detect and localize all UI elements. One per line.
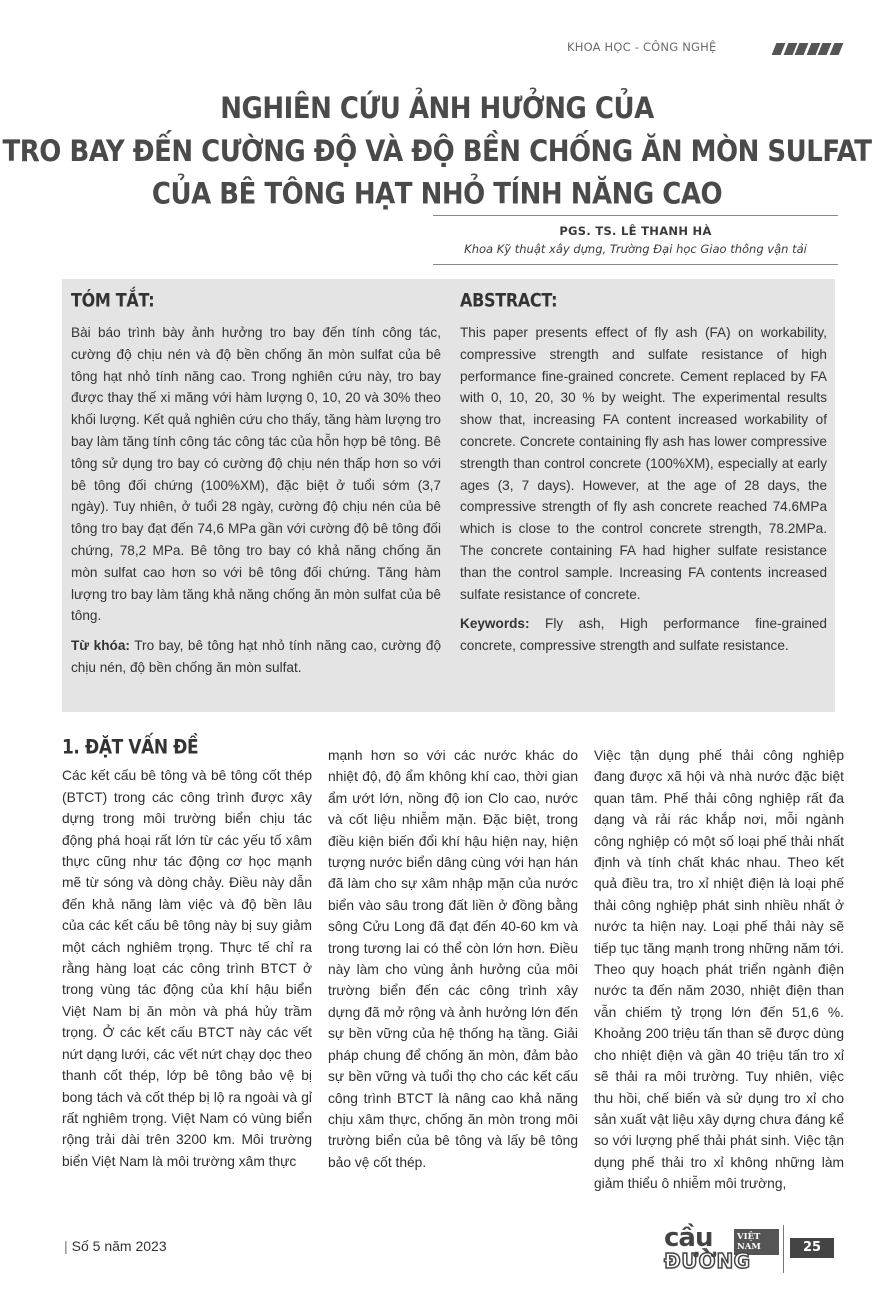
abstract-en-heading: ABSTRACT: [460,289,827,311]
paragraph: Việc tận dụng phế thải công nghiệp đang … [594,745,844,1195]
abstract-vn: TÓM TẮT: Bài báo trình bày ảnh hưởng tro… [71,289,441,679]
abstract-box: TÓM TẮT: Bài báo trình bày ảnh hưởng tro… [62,279,835,712]
abstract-en: ABSTRACT: This paper presents effect of … [460,289,827,657]
title-line-2: TRO BAY ĐẾN CƯỜNG ĐỘ VÀ ĐỘ BỀN CHỐNG ĂN … [0,131,874,174]
issue-text: Số 5 năm 2023 [72,1238,167,1254]
keywords-label: Từ khóa: [71,638,130,653]
keywords-label: Keywords: [460,616,530,631]
section-heading: 1. ĐẶT VẤN ĐỀ [62,736,312,761]
magazine-logo: cầu VIỆT NAM ĐƯỜNG [664,1225,779,1273]
logo-top-text: cầu [664,1225,712,1251]
body-column-2: mạnh hơn so với các nước khác do nhiệt đ… [328,745,578,1173]
paragraph: mạnh hơn so với các nước khác do nhiệt đ… [328,745,578,1173]
author-rule-bottom [433,264,838,265]
article-title: NGHIÊN CỨU ẢNH HƯỞNG CỦA TRO BAY ĐẾN CƯỜ… [0,88,874,216]
abstract-en-body: This paper presents effect of fly ash (F… [460,322,827,605]
footer-divider [783,1225,784,1273]
abstract-vn-heading: TÓM TẮT: [71,289,441,311]
body-column-1: 1. ĐẶT VẤN ĐỀ Các kết cấu bê tông và bê … [62,736,312,1172]
footer-issue: |Số 5 năm 2023 [64,1238,167,1254]
stripes-icon [774,43,840,55]
author-name: PGS. TS. LÊ THANH HÀ [433,224,838,238]
page-number: 25 [790,1238,834,1258]
title-line-3: CỦA BÊ TÔNG HẠT NHỎ TÍNH NĂNG CAO [0,173,874,216]
section-label: KHOA HỌC - CÔNG NGHỆ [567,40,716,54]
author-rule-top [433,215,838,216]
body-column-3: Việc tận dụng phế thải công nghiệp đang … [594,745,844,1195]
author-affiliation: Khoa Kỹ thuật xây dựng, Trường Đại học G… [433,242,838,256]
abstract-vn-keywords: Từ khóa: Tro bay, bê tông hạt nhỏ tính n… [71,635,441,679]
abstract-en-keywords: Keywords: Fly ash, High performance fine… [460,613,827,657]
logo-bottom-text: ĐƯỜNG [664,1250,751,1272]
issue-bar: | [64,1238,68,1254]
title-line-1: NGHIÊN CỨU ẢNH HƯỞNG CỦA [0,88,874,131]
abstract-vn-body: Bài báo trình bày ảnh hưởng tro bay đến … [71,322,441,627]
paragraph: Các kết cấu bê tông và bê tông cốt thép … [62,765,312,1172]
